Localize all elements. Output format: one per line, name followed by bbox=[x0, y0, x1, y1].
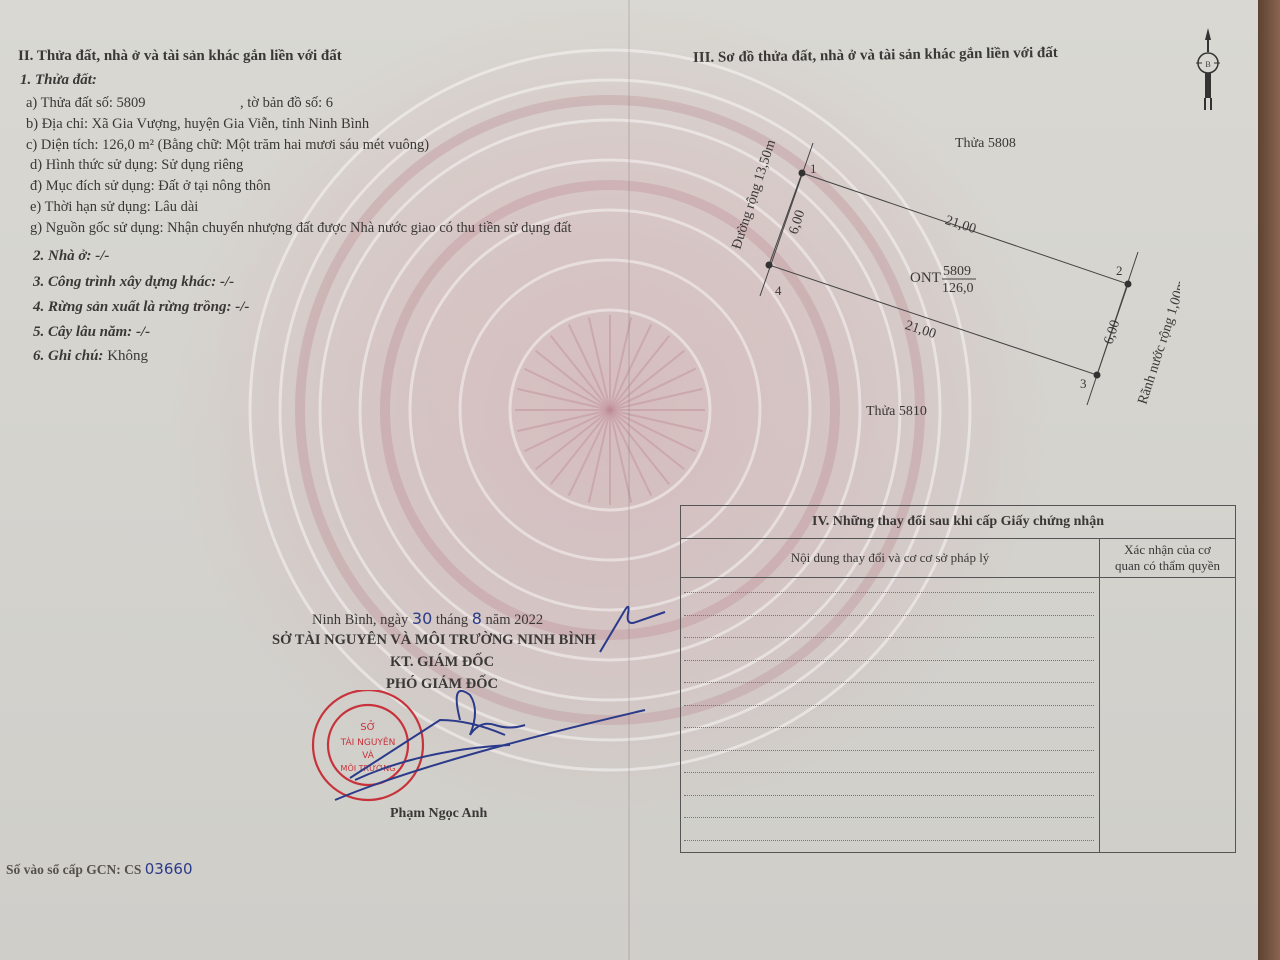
svg-text:TÀI NGUYÊN: TÀI NGUYÊN bbox=[340, 736, 396, 748]
ruling-line bbox=[684, 750, 1094, 751]
ditch-label: Rãnh nước rộng 1,00m bbox=[1136, 279, 1180, 407]
svg-text:6,00: 6,00 bbox=[787, 208, 809, 236]
item-usage-form: d) Hình thức sử dụng: Sử dụng riêng bbox=[30, 157, 243, 174]
svg-text:3: 3 bbox=[1080, 376, 1087, 391]
section-note: 6. Ghi chú: Không bbox=[33, 347, 148, 365]
north-arrow-icon: B bbox=[1193, 28, 1223, 118]
ruling-line bbox=[684, 772, 1094, 773]
change-content-cell bbox=[681, 578, 1100, 853]
svg-text:VÀ: VÀ bbox=[362, 749, 375, 761]
item-origin: g) Nguồn gốc sử dụng: Nhận chuyển nhượng… bbox=[30, 220, 572, 237]
svg-text:21,00: 21,00 bbox=[903, 318, 938, 342]
confirmation-cell bbox=[1100, 578, 1236, 853]
ruling-line bbox=[684, 795, 1094, 796]
section-forest: 4. Rừng sản xuất là rừng trồng: -/- bbox=[33, 298, 249, 316]
svg-text:2: 2 bbox=[1116, 263, 1123, 278]
section-ii-title: II. Thửa đất, nhà ở và tài sản khác gắn … bbox=[18, 48, 342, 65]
ruling-line bbox=[684, 817, 1094, 818]
table-surface bbox=[1258, 0, 1280, 960]
item-address: b) Địa chỉ: Xã Gia Vượng, huyện Gia Viễn… bbox=[26, 116, 369, 133]
register-number: Số vào sổ cấp GCN: CS 03660 bbox=[6, 860, 192, 878]
parcel-diagram: Thửa 5808 Thửa 5810 1 2 3 4 21,00 21,00 … bbox=[700, 130, 1180, 440]
item-usage-term: e) Thời hạn sử dụng: Lâu dài bbox=[30, 199, 198, 216]
road-label: Đường rộng 13,50m bbox=[730, 138, 780, 251]
ruling-line bbox=[684, 592, 1094, 593]
svg-text:21,00: 21,00 bbox=[943, 213, 978, 237]
item-area: c) Diện tích: 126,0 m² (Bằng chữ: Một tr… bbox=[26, 137, 429, 154]
svg-text:B: B bbox=[1205, 60, 1210, 69]
north-neighbor-label: Thửa 5808 bbox=[955, 136, 1016, 151]
section-perennial: 5. Cây lâu năm: -/- bbox=[33, 323, 150, 341]
section-house: 2. Nhà ở: -/- bbox=[33, 247, 109, 265]
ruling-line bbox=[684, 682, 1094, 683]
parcel-area-label: 126,0 bbox=[942, 281, 974, 296]
certificate-sheet: II. Thửa đất, nhà ở và tài sản khác gắn … bbox=[0, 0, 1258, 960]
ruling-line bbox=[684, 637, 1094, 638]
south-neighbor-label: Thửa 5810 bbox=[866, 404, 927, 419]
item-parcel-number: a) Thửa đất số: 5809 bbox=[26, 95, 146, 112]
official-stamp: SỞ TÀI NGUYÊN VÀ MÔI TRƯỜNG bbox=[310, 690, 650, 820]
item-usage-purpose: đ) Mục đích sử dụng: Đất ở tại nông thôn bbox=[30, 178, 271, 195]
ruling-line bbox=[684, 660, 1094, 661]
section-iii-title: III. Sơ đồ thửa đất, nhà ở và tài sản kh… bbox=[693, 45, 1058, 67]
day-handwritten: 30 bbox=[412, 609, 432, 628]
place-date: Ninh Bình, ngày 30 tháng 8 năm 2022 bbox=[312, 609, 543, 629]
kt-director: KT. GIÁM ĐỐC bbox=[390, 654, 494, 671]
svg-text:6,00: 6,00 bbox=[1102, 318, 1124, 346]
col-change-content: Nội dung thay đổi và cơ cơ sở pháp lý bbox=[681, 539, 1100, 578]
sub1-title: 1. Thửa đất: bbox=[20, 72, 97, 89]
month-handwritten: 8 bbox=[472, 609, 482, 628]
changes-table: IV. Những thay đổi sau khi cấp Giấy chứn… bbox=[680, 505, 1236, 853]
svg-text:4: 4 bbox=[775, 283, 782, 298]
issuing-agency: SỞ TÀI NGUYÊN VÀ MÔI TRƯỜNG NINH BÌNH bbox=[272, 632, 596, 649]
land-code: ONT bbox=[910, 270, 941, 286]
ruling-line bbox=[684, 615, 1094, 616]
svg-text:SỞ: SỞ bbox=[360, 719, 375, 733]
initial-mark bbox=[590, 600, 670, 660]
col-authority-confirmation: Xác nhận của cơ quan có thẩm quyền bbox=[1100, 539, 1236, 578]
signer-name: Phạm Ngọc Anh bbox=[390, 806, 487, 822]
ruling-line bbox=[684, 727, 1094, 728]
item-map-sheet: , tờ bản đồ số: 6 bbox=[240, 95, 333, 112]
changes-table-title: IV. Những thay đổi sau khi cấp Giấy chứn… bbox=[681, 506, 1236, 539]
ruling-line bbox=[684, 705, 1094, 706]
section-other-works: 3. Công trình xây dựng khác: -/- bbox=[33, 273, 234, 291]
svg-text:1: 1 bbox=[810, 161, 817, 176]
parcel-number-label: 5809 bbox=[943, 264, 971, 279]
ruling-line bbox=[684, 840, 1094, 841]
